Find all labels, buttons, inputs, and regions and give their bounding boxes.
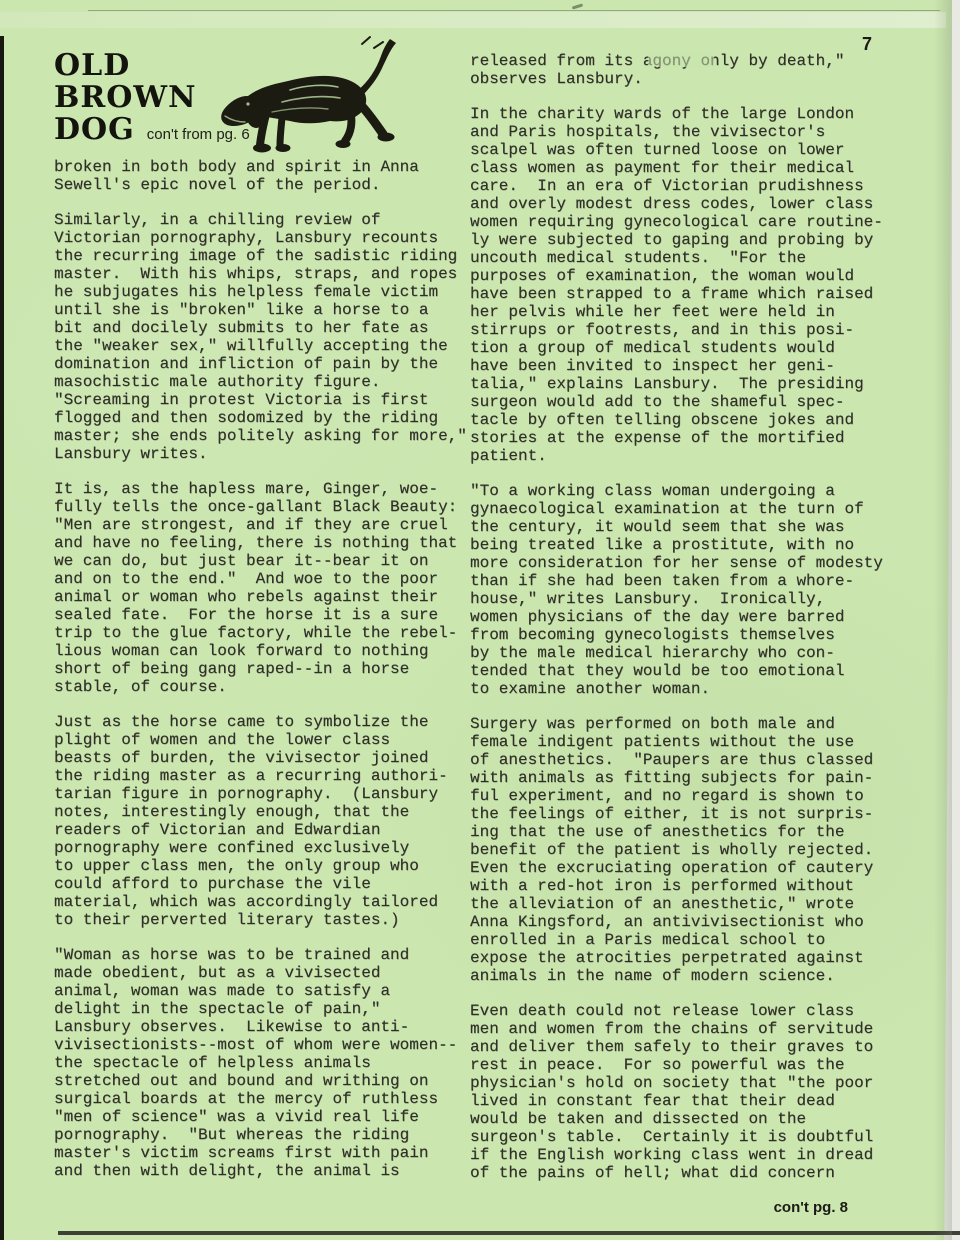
continued-on-note: con't pg. 8 xyxy=(470,1199,892,1217)
paragraph: Even death could not release lower class… xyxy=(470,1002,892,1182)
paragraph: It is, as the hapless mare, Ginger, woe-… xyxy=(54,480,468,696)
paragraph: Just as the horse came to symbolize the … xyxy=(54,713,468,929)
right-text-column: released from its agony only by death," … xyxy=(470,52,892,1217)
paragraph: broken in both body and spirit in Anna S… xyxy=(54,158,468,194)
paragraph: In the charity wards of the large London… xyxy=(470,105,892,465)
dog-icon xyxy=(212,34,408,160)
scan-scratch-line xyxy=(88,10,940,11)
article-title-line: DOG xyxy=(54,114,135,146)
left-text-column: broken in both body and spirit in Anna S… xyxy=(54,158,468,1197)
paragraph: released from its agony only by death," … xyxy=(470,52,892,88)
scanned-newsletter-page: 7 OLD BROWN DOG con't from pg. 6 xyxy=(0,0,952,1240)
paragraph: "To a working class woman undergoing a g… xyxy=(470,482,892,698)
paragraph: "Woman as horse was to be trained and ma… xyxy=(54,946,468,1180)
scan-bottom-edge-line xyxy=(58,1231,960,1235)
scan-speck xyxy=(572,3,583,9)
scan-top-light-band xyxy=(0,12,946,28)
scan-left-edge-bar xyxy=(0,36,4,1240)
paragraph: Similarly, in a chilling review of Victo… xyxy=(54,211,468,463)
paragraph: Surgery was performed on both male and f… xyxy=(470,715,892,985)
